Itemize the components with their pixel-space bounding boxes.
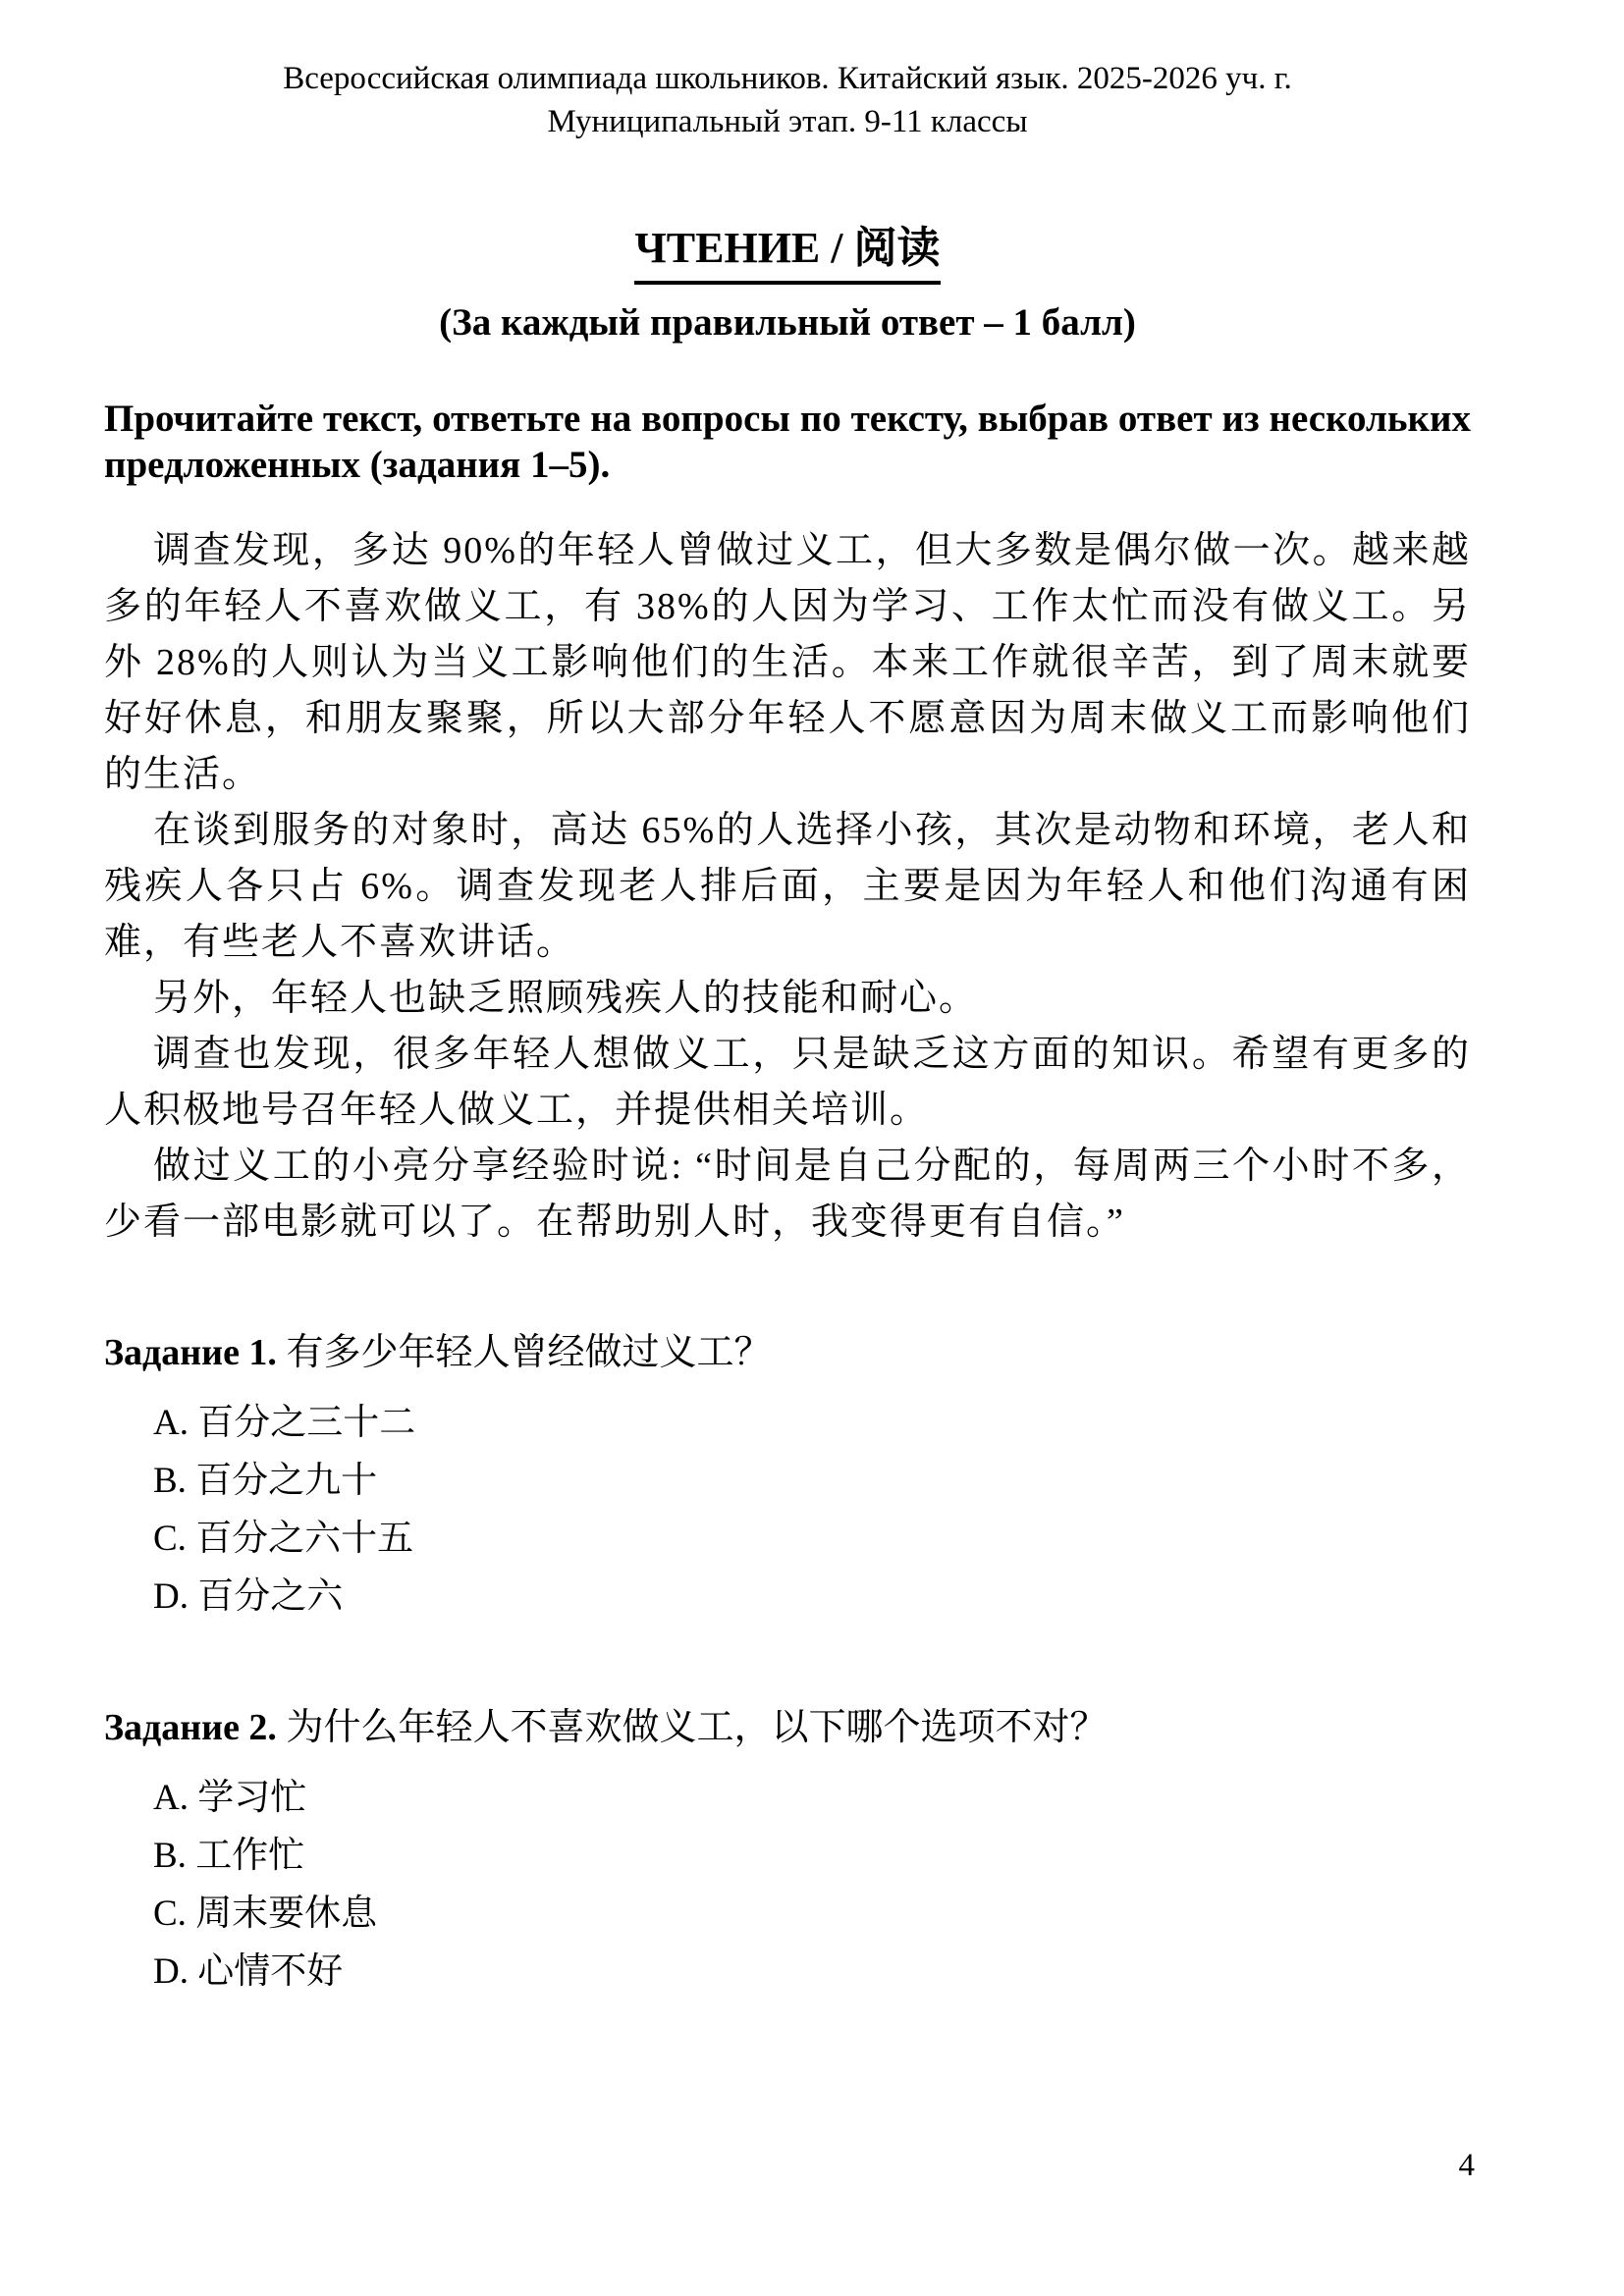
option-letter: A. bbox=[153, 1403, 189, 1443]
task-2-question: 为什么年轻人不喜欢做义工，以下哪个选项不对？ bbox=[286, 1707, 1107, 1748]
header-line-1: Всероссийская олимпиада школьников. Кита… bbox=[104, 57, 1471, 100]
option-text: 百分之六十五 bbox=[195, 1519, 413, 1559]
page-header: Всероссийская олимпиада школьников. Кита… bbox=[104, 57, 1471, 143]
task-1-question: 有多少年轻人曾经做过义工？ bbox=[286, 1332, 771, 1373]
option-text: 心情不好 bbox=[197, 1951, 343, 1992]
task-1-question-row: Задание 1. 有多少年轻人曾经做过义工？ bbox=[104, 1327, 1471, 1378]
task-1-option-d: D. 百分之六 bbox=[153, 1568, 1471, 1626]
passage-paragraph-4: 调查也发现，很多年轻人想做义工，只是缺乏这方面的知识。希望有更多的人积极地号召年… bbox=[104, 1027, 1471, 1139]
task-1-option-b: B. 百分之九十 bbox=[153, 1452, 1471, 1510]
task-1-option-a: A. 百分之三十二 bbox=[153, 1394, 1471, 1452]
passage-paragraph-5: 做过义工的小亮分享经验时说: “时间是自己分配的，每周两三个小时不多，少看一部电… bbox=[104, 1139, 1471, 1251]
option-text: 工作忙 bbox=[195, 1836, 304, 1876]
option-letter: B. bbox=[153, 1461, 187, 1501]
task-2-option-b: B. 工作忙 bbox=[153, 1827, 1471, 1885]
section-title-row: ЧТЕНИЕ / 阅读 bbox=[104, 212, 1471, 285]
task-1-label: Задание 1. bbox=[104, 1332, 277, 1373]
section-title: ЧТЕНИЕ / 阅读 bbox=[634, 212, 940, 285]
page-number: 4 bbox=[1459, 2148, 1476, 2184]
task-2-option-c: C. 周末要休息 bbox=[153, 1885, 1471, 1943]
passage-paragraph-1: 调查发现，多达 90%的年轻人曾做过义工，但大多数是偶尔做一次。越来越多的年轻人… bbox=[104, 523, 1471, 803]
task-1-option-c: C. 百分之六十五 bbox=[153, 1510, 1471, 1568]
reading-passage: 调查发现，多达 90%的年轻人曾做过义工，但大多数是偶尔做一次。越来越多的年轻人… bbox=[104, 523, 1471, 1251]
task-2: Задание 2. 为什么年轻人不喜欢做义工，以下哪个选项不对？ A. 学习忙… bbox=[104, 1702, 1471, 2001]
scoring-note: (За каждый правильный ответ – 1 балл) bbox=[104, 300, 1471, 345]
option-text: 百分之三十二 bbox=[197, 1403, 415, 1443]
task-2-option-d: D. 心情不好 bbox=[153, 1943, 1471, 2001]
option-text: 百分之六 bbox=[197, 1576, 343, 1617]
option-letter: C. bbox=[153, 1519, 187, 1559]
passage-paragraph-3: 另外，年轻人也缺乏照顾残疾人的技能和耐心。 bbox=[104, 971, 1471, 1027]
task-2-option-a: A. 学习忙 bbox=[153, 1769, 1471, 1827]
option-text: 百分之九十 bbox=[195, 1461, 377, 1501]
option-letter: A. bbox=[153, 1778, 189, 1818]
task-2-label: Задание 2. bbox=[104, 1707, 277, 1748]
task-instruction: Прочитайте текст, ответьте на вопросы по… bbox=[104, 396, 1471, 488]
task-1-options: A. 百分之三十二 B. 百分之九十 C. 百分之六十五 D. 百分之六 bbox=[104, 1394, 1471, 1626]
task-2-options: A. 学习忙 B. 工作忙 C. 周末要休息 D. 心情不好 bbox=[104, 1769, 1471, 2001]
task-2-question-row: Задание 2. 为什么年轻人不喜欢做义工，以下哪个选项不对？ bbox=[104, 1702, 1471, 1753]
option-text: 周末要休息 bbox=[195, 1894, 377, 1934]
option-letter: D. bbox=[153, 1576, 189, 1617]
task-1: Задание 1. 有多少年轻人曾经做过义工？ A. 百分之三十二 B. 百分… bbox=[104, 1327, 1471, 1626]
option-letter: D. bbox=[153, 1951, 189, 1992]
passage-paragraph-2: 在谈到服务的对象时，高达 65%的人选择小孩，其次是动物和环境，老人和残疾人各只… bbox=[104, 803, 1471, 971]
option-letter: C. bbox=[153, 1894, 187, 1934]
option-letter: B. bbox=[153, 1836, 187, 1876]
header-line-2: Муниципальный этап. 9-11 классы bbox=[104, 100, 1471, 143]
option-text: 学习忙 bbox=[197, 1778, 306, 1818]
